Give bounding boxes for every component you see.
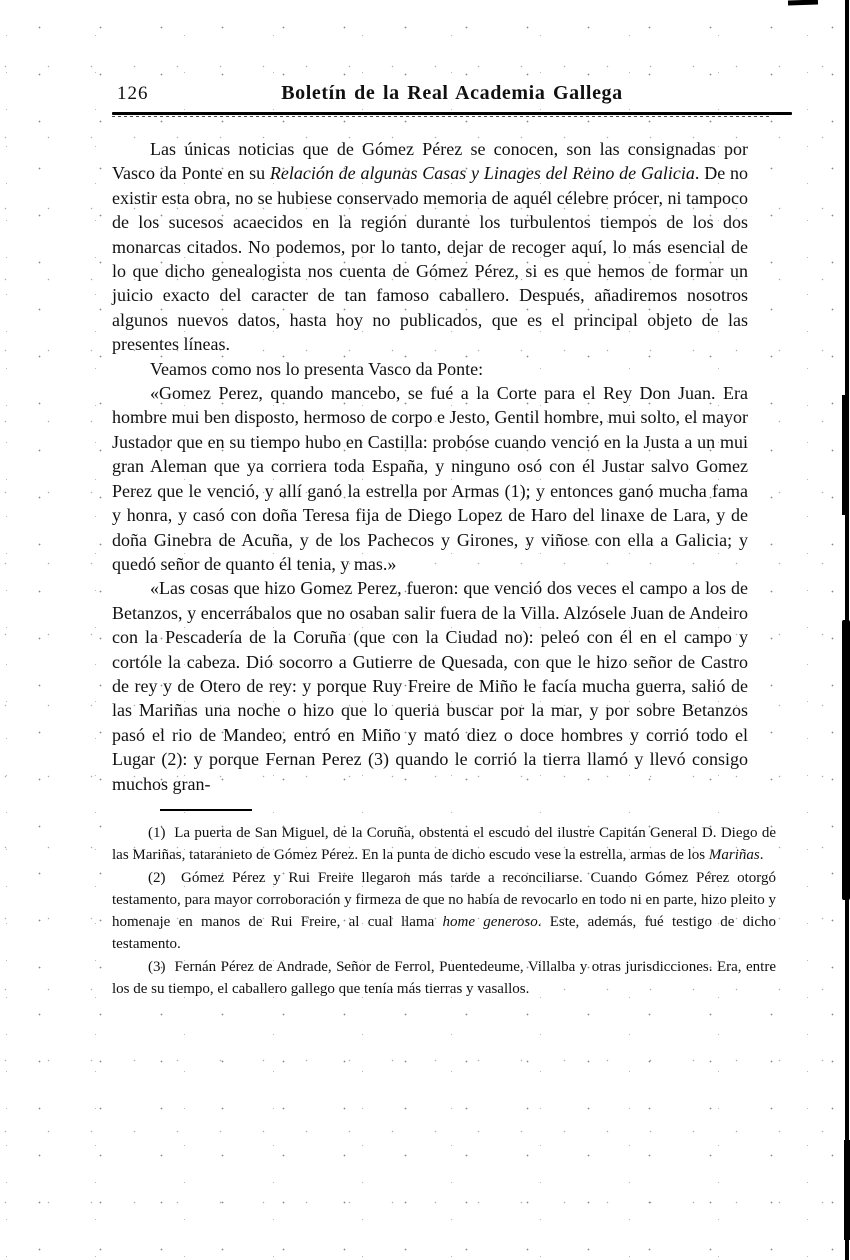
scan-edge-blob [842,620,850,900]
text-run-italic: Mariñas [709,847,760,863]
scanned-page: 126 Boletín de la Real Academia Gallega … [0,0,850,1260]
footnotes: (1) La puerta de San Miguel, de la Coruñ… [112,822,776,1000]
paragraph-quote-2: «Las cosas que hizo Gomez Perez, fueron:… [112,576,748,796]
footnote-1: (1) La puerta de San Miguel, de la Coruñ… [112,822,776,866]
text-run: «Las cosas que hizo Gomez Perez, fueron:… [112,578,748,793]
text-run: . [760,847,764,863]
text-run-italic: home generoso [443,914,538,930]
paragraph-quote-1: «Gomez Perez, quando mancebo, se fué a l… [112,381,748,576]
paragraph-veamos: Veamos como nos lo presenta Vasco da Pon… [112,357,748,381]
text-run-italic: Relación de algunas Casas y Linages del … [270,163,695,183]
text-run: (3) Fernán Pérez de Andrade, Señor de Fe… [112,959,776,997]
footnote-separator [160,809,252,811]
scan-edge-blob [844,1140,850,1240]
header-rule-shadow [112,116,772,117]
page-header: 126 Boletín de la Real Academia Gallega [112,82,792,106]
scan-edge-blob [842,395,846,515]
paragraph-intro: Las únicas noticias que de Gómez Pérez s… [112,137,748,357]
page-number: 126 [117,83,149,105]
page-content: 126 Boletín de la Real Academia Gallega … [112,82,794,1001]
text-run: Veamos como nos lo presenta Vasco da Pon… [150,359,483,379]
header-title: Boletín de la Real Academia Gallega [112,82,792,105]
body-text: Las únicas noticias que de Gómez Pérez s… [112,137,748,796]
text-run: . De no existir esta obra, no se hubiese… [112,163,748,354]
scan-top-artifact [788,0,818,6]
header-rule [112,112,792,115]
footnote-3: (3) Fernán Pérez de Andrade, Señor de Fe… [112,956,776,1000]
text-run: (1) La puerta de San Miguel, de la Coruñ… [112,825,776,863]
text-run: «Gomez Perez, quando mancebo, se fué a l… [112,383,748,574]
footnote-2: (2) Gómez Pérez y Rui Freire llegaron má… [112,867,776,955]
